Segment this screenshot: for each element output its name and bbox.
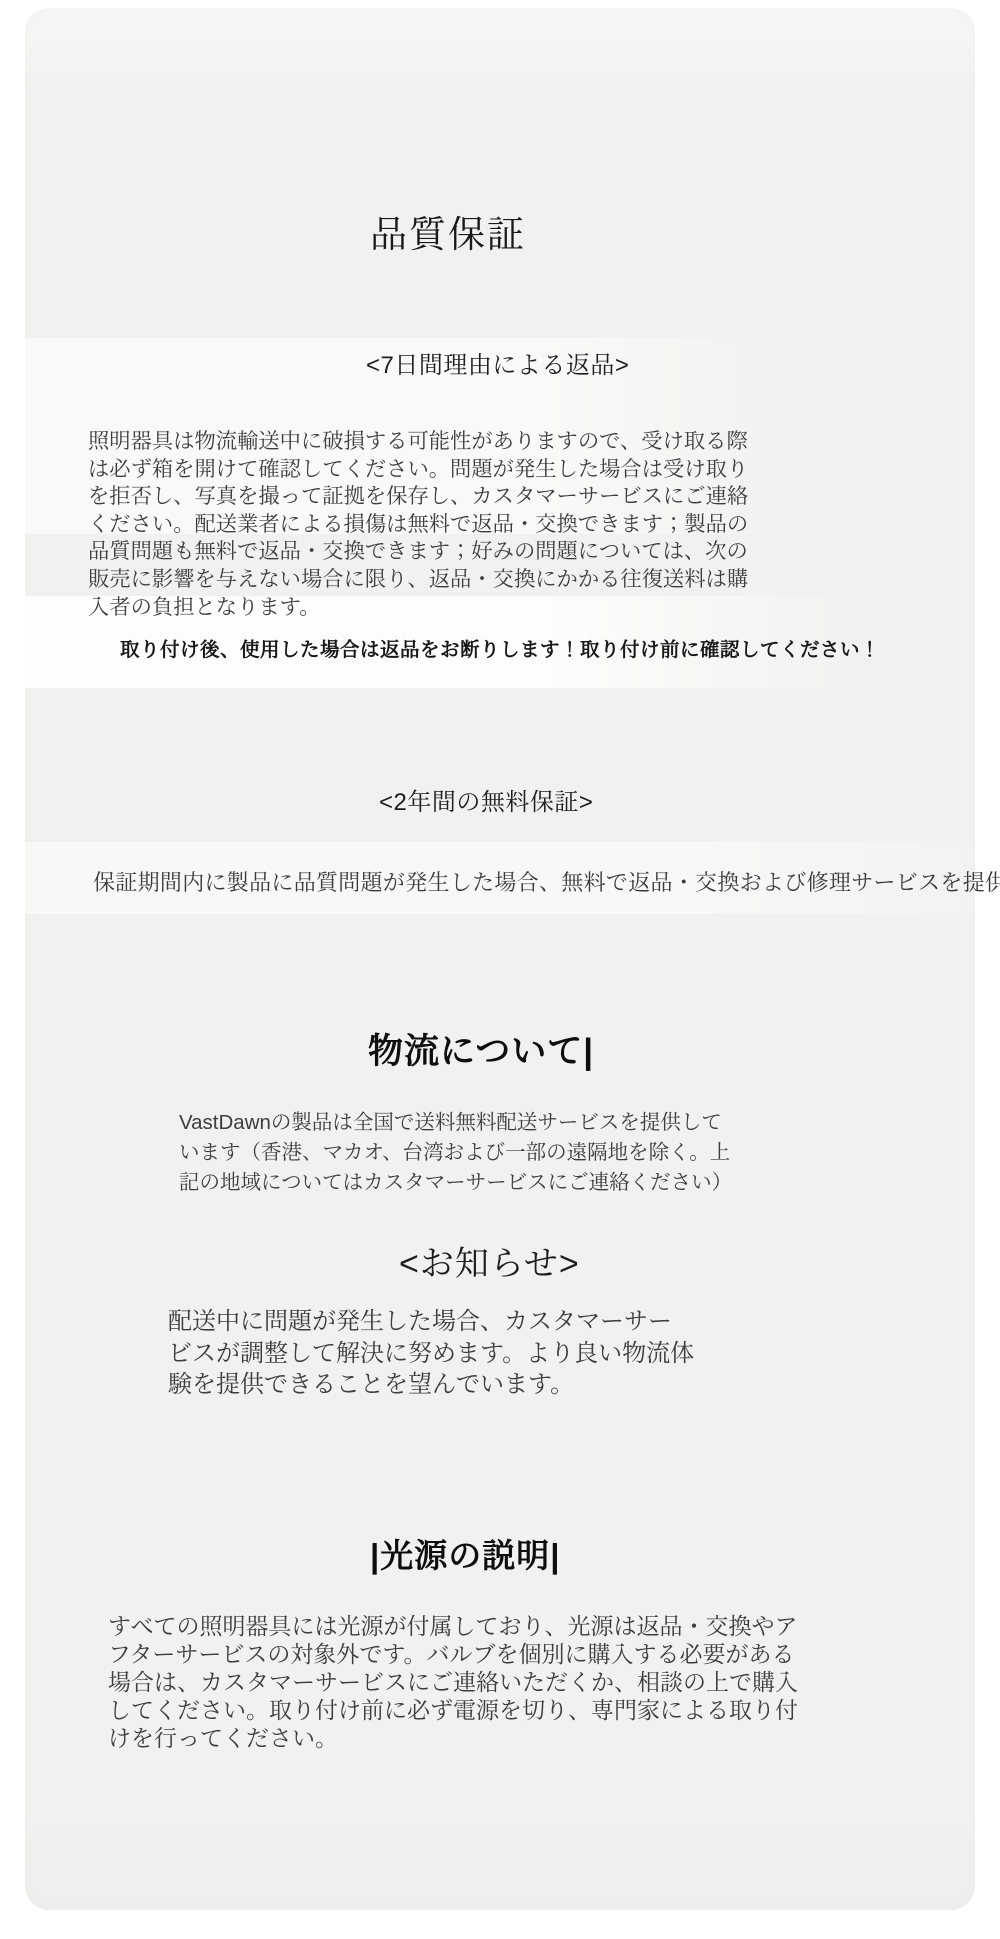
logistics-body: VastDawnの製品は全国で送料無料配送サービスを提供しています（香港、マカオ… (179, 1108, 732, 1198)
logistics-section-heading: 物流について| (368, 1024, 594, 1074)
return-policy-heading: <7日間理由による返品> (366, 345, 629, 380)
install-warning-text: 取り付け後、使用した場合は返品をお断りします！取り付け前に確認してください！ (120, 634, 880, 662)
light-source-body: すべての照明器具には光源が付属しており、光源は返品・交換やアフターサービスの対象… (108, 1612, 798, 1752)
warranty-body: 保証期間内に製品に品質問題が発生した場合、無料で返品・交換および修理サービスを提… (93, 866, 1000, 897)
return-policy-body: 照明器具は物流輸送中に破損する可能性がありますので、受け取る際は必ず箱を開けて確… (88, 428, 748, 621)
warranty-heading: <2年間の無料保証> (379, 782, 593, 817)
notice-heading: <お知らせ> (399, 1236, 580, 1285)
notice-body: 配送中に問題が発生した場合、カスタマーサービスが調整して解決に努めます。より良い… (168, 1306, 694, 1401)
light-source-section-heading: |光源の説明| (370, 1530, 560, 1577)
product-description-page: 品質保証 <7日間理由による返品> 照明器具は物流輸送中に破損する可能性がありま… (0, 0, 1000, 1939)
quality-section-title: 品質保証 (370, 204, 526, 258)
